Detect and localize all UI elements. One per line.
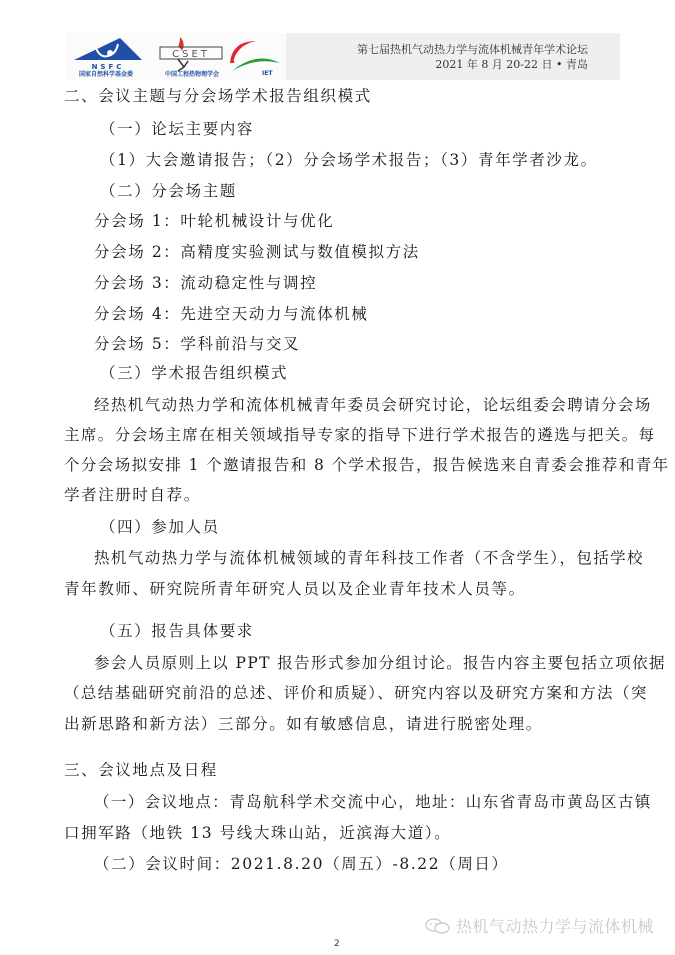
page-number: 2 <box>334 939 340 949</box>
time-line: （二）会议时间：2021.8.20（周五）-8.22（周日） <box>94 852 509 874</box>
watermark-text: 热机气动热力学与流体机械 <box>456 914 654 937</box>
section2-heading: 二、会议主题与分会场学术报告组织模式 <box>64 84 372 106</box>
svg-text:IET: IET <box>262 70 273 77</box>
page-header: NSFC 国家自然科学基金委 CSET 中国工程热物理学会 IET 第七届热机气… <box>66 33 620 80</box>
wechat-icon <box>424 917 452 935</box>
sub3-heading: （三）学术报告组织模式 <box>100 361 288 383</box>
paragraph-line: 学者注册时自荐。 <box>64 483 201 505</box>
session-item: 分会场 1：叶轮机械设计与优化 <box>94 209 334 231</box>
section3-heading: 三、会议地点及日程 <box>64 758 218 780</box>
wechat-watermark: 热机气动热力学与流体机械 <box>424 914 654 937</box>
paragraph-line: 个分会场拟安排 1 个邀请报告和 8 个学术报告，报告候选来自青委会推荐和青年 <box>64 453 620 475</box>
paragraph-line: 青年教师、研究院所青年研究人员以及企业青年技术人员等。 <box>64 577 526 599</box>
logo-strip: NSFC 国家自然科学基金委 CSET 中国工程热物理学会 IET <box>66 33 286 80</box>
sub2-heading: （二）分会场主题 <box>100 179 237 201</box>
session-item: 分会场 5：学科前沿与交叉 <box>94 332 300 354</box>
svg-text:CSET: CSET <box>172 49 210 60</box>
cset-caption: 中国工程热物理学会 <box>154 69 230 78</box>
venue-line: 口拥军路（地铁 13 号线大珠山站，近滨海大道）。 <box>64 821 451 843</box>
paragraph-line: 参会人员原则上以 PPT 报告形式参加分组讨论。报告内容主要包括立项依据 <box>64 651 620 673</box>
paragraph-line: 主席。分会场主席在相关领域指导专家的指导下进行学术报告的遴选与把关。每 <box>64 423 620 445</box>
sub1-heading: （一）论坛主要内容 <box>100 117 254 139</box>
iet-logo-icon: IET <box>226 37 284 77</box>
paragraph-line: （总结基础研究前沿的总述、评价和质疑）、研究内容以及研究方案和方法（突 <box>64 681 620 703</box>
paragraph-line: 热机气动热力学与流体机械领域的青年科技工作者（不含学生），包括学校 <box>64 546 620 568</box>
conference-date-location: 2021 年 8 月 20-22 日 • 青岛 <box>286 57 588 72</box>
paragraph-line: 经热机气动热力学和流体机械青年委员会研究讨论，论坛组委会聘请分会场 <box>64 393 620 415</box>
sub4-heading: （四）参加人员 <box>100 515 220 537</box>
venue-line: （一）会议地点：青岛航科学术交流中心，地址：山东省青岛市黄岛区古镇 <box>64 790 620 812</box>
conference-banner: 第七届热机气动热力学与流体机械青年学术论坛 2021 年 8 月 20-22 日… <box>286 33 620 80</box>
session-item: 分会场 4：先进空天动力与流体机械 <box>94 302 369 324</box>
nsfc-caption: 国家自然科学基金委 <box>66 69 146 78</box>
session-item: 分会场 3：流动稳定性与调控 <box>94 271 317 293</box>
session-item: 分会场 2：高精度实验测试与数值模拟方法 <box>94 240 420 262</box>
conference-title: 第七届热机气动热力学与流体机械青年学术论坛 <box>286 42 588 57</box>
sub1-body: （1）大会邀请报告；（2）分会场学术报告；（3）青年学者沙龙。 <box>100 148 598 170</box>
paragraph-line: 出新思路和新方法）三部分。如有敏感信息，请进行脱密处理。 <box>64 712 543 734</box>
sub5-heading: （五）报告具体要求 <box>100 619 254 641</box>
